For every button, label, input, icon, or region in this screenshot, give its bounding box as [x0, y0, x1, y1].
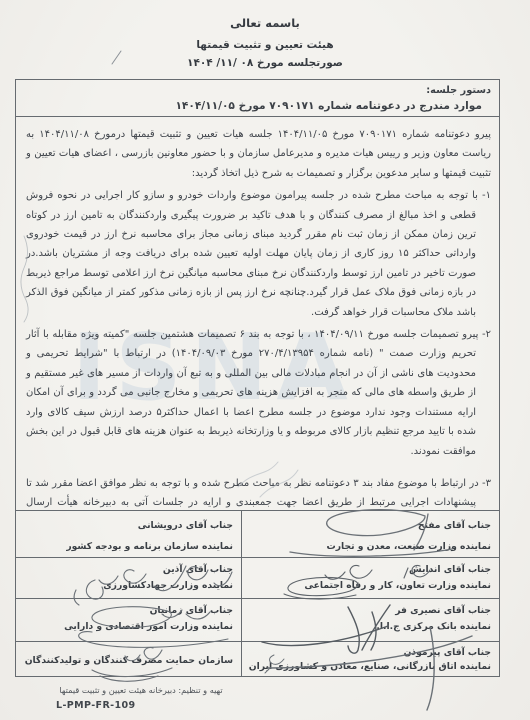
- item-3-text: در ارتباط با موضوع مفاد بند ۳ دعوتنامه ن…: [26, 478, 479, 510]
- signature-row-3: جناب آقای نصیری فر نماینده بانک مرکزی ج.…: [16, 599, 499, 642]
- agenda-label: دستور جلسه:: [24, 85, 491, 96]
- scanned-minutes-document: ISNA باسمه تعالی هیئت تعیین و تثبیت قیمت…: [0, 0, 530, 720]
- signature-cell-azin: جناب آقای آذین نماینده وزارت جهادکشاورزی: [16, 558, 241, 598]
- signature-cell-mofatteh: جناب آقای مفتح نماینده وزارت صنعت، معدن …: [241, 511, 499, 557]
- signature-cell-consumer-protection-org: سازمان حمایت مصرف کنندگان و تولیدکنندگان: [16, 642, 241, 676]
- minutes-date-title: صورتجلسه مورخ ۰۸ /۱۱/ ۱۴۰۴: [0, 57, 530, 69]
- decisions-section: پیرو دعوتنامه شماره ۷۰۹۰۱۷۱ مورخ ۱۴۰۴/۱۱…: [16, 117, 499, 510]
- signature-row-2: جناب آقای اندایش نماینده وزارت تعاون، کا…: [16, 558, 499, 599]
- signer-organization: نماینده وزارت صنعت، معدن و تجارت: [250, 539, 491, 555]
- signer-organization: نماینده وزارت امور اقتصادی و دارایی: [24, 619, 233, 635]
- item-1-text: با توجه به مباحث مطرح شده در جلسه پیرامو…: [26, 190, 478, 317]
- signer-organization: سازمان حمایت مصرف کنندگان و تولیدکنندگان: [25, 654, 233, 668]
- form-code: L-PMP-FR-109: [56, 700, 136, 711]
- signature-cell-darvishani: جناب آقای درویشانی نماینده سازمان برنامه…: [16, 511, 241, 557]
- document-body-frame: دستور جلسه: موارد مندرج در دعوتنامه شمار…: [15, 79, 500, 677]
- signer-organization: نماینده وزارت جهادکشاورزی: [24, 578, 233, 594]
- decision-item-3: ۳- در ارتباط با موضوع مفاد بند ۳ دعوتنام…: [26, 474, 491, 510]
- signer-name: جناب آقای مفتح: [250, 518, 491, 534]
- signer-organization: نماینده وزارت تعاون، کار و رفاه اجتماعی: [250, 578, 491, 594]
- agenda-item: موارد مندرج در دعوتنامه شماره ۷۰۹۰۱۷۱ مو…: [24, 100, 491, 112]
- item-2-text: پیرو تصمیمات جلسه مورخ ۱۴۰۴/۰۹/۱۱ ، با ت…: [26, 329, 478, 456]
- signer-name: جناب آقای پیرموذن: [250, 646, 491, 660]
- item-2-number: ۲-: [482, 329, 491, 340]
- bismillah-line: باسمه تعالی: [0, 16, 530, 30]
- signature-table: جناب آقای مفتح نماینده وزارت صنعت، معدن …: [16, 510, 499, 676]
- signer-name: جناب آقای درویشانی: [24, 518, 233, 534]
- signer-name: جناب آقای نصیری فر: [250, 603, 491, 619]
- prepared-by-note: تهیه و تنظیم: دبیرخانه هیئت تعیین و تثبی…: [50, 685, 232, 695]
- signature-cell-zamanian: جناب آقای زمانیان نماینده وزارت امور اقت…: [16, 599, 241, 641]
- signer-name: جناب آقای آذین: [24, 562, 233, 578]
- board-title: هیئت تعیین و تثبیت قیمتها: [0, 39, 530, 51]
- decision-item-1: ۱- با توجه به مباحث مطرح شده در جلسه پیر…: [26, 186, 491, 322]
- signer-name: جناب آقای اندایش: [250, 562, 491, 578]
- document-header: باسمه تعالی هیئت تعیین و تثبیت قیمتها صو…: [0, 16, 530, 69]
- intro-paragraph: پیرو دعوتنامه شماره ۷۰۹۰۱۷۱ مورخ ۱۴۰۴/۱۱…: [26, 125, 491, 183]
- signer-organization: نماینده اتاق بازرگانی، صنایع، معادن و کش…: [250, 660, 491, 674]
- signature-cell-andayesh: جناب آقای اندایش نماینده وزارت تعاون، کا…: [241, 558, 499, 598]
- signature-cell-nasirifar: جناب آقای نصیری فر نماینده بانک مرکزی ج.…: [241, 599, 499, 641]
- item-1-number: ۱-: [482, 190, 491, 201]
- decision-item-2: ۲- پیرو تصمیمات جلسه مورخ ۱۴۰۴/۰۹/۱۱ ، ب…: [26, 325, 491, 461]
- signer-name: جناب آقای زمانیان: [24, 603, 233, 619]
- item-3-number: ۳-: [482, 478, 491, 489]
- signature-row-4: جناب آقای پیرموذن نماینده اتاق بازرگانی،…: [16, 642, 499, 676]
- signer-organization: نماینده سازمان برنامه و بودجه کشور: [24, 539, 233, 555]
- agenda-section: دستور جلسه: موارد مندرج در دعوتنامه شمار…: [16, 80, 499, 117]
- signature-row-1: جناب آقای مفتح نماینده وزارت صنعت، معدن …: [16, 511, 499, 558]
- signature-cell-pirmoazzen: جناب آقای پیرموذن نماینده اتاق بازرگانی،…: [241, 642, 499, 676]
- signer-organization: نماینده بانک مرکزی ج.ا.ا.: [250, 619, 491, 635]
